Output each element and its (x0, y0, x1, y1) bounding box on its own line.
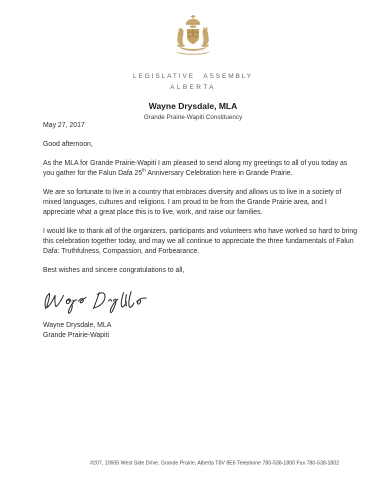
alberta-coat-of-arms-icon (169, 15, 217, 59)
paragraph-greeting: As the MLA for Grande Prairie-Wapiti I a… (43, 159, 358, 179)
footer: #207, 10605 West Side Drive, Grande Prai… (0, 455, 386, 473)
office-address-line: #207, 10605 West Side Drive, Grande Prai… (90, 460, 339, 466)
handwritten-signature-image (41, 285, 358, 319)
letterhead: LEGISLATIVE ASSEMBLY ALBERTA Wayne Drysd… (0, 0, 386, 121)
letter-body: May 27, 2017 Good afternoon, As the MLA … (0, 121, 386, 341)
signer-constituency: Grande Prairie-Wapiti (43, 331, 358, 341)
constituency-name: Grande Prairie-Wapiti Constituency (0, 114, 386, 121)
closing-line: Best wishes and sincere congratulations … (43, 266, 358, 276)
org-name-line1: LEGISLATIVE ASSEMBLY (0, 73, 386, 80)
member-name: Wayne Drysdale, MLA (0, 101, 386, 111)
salutation: Good afternoon, (43, 140, 358, 150)
signer-name: Wayne Drysdale, MLA (43, 321, 358, 331)
org-name-line2: ALBERTA (0, 84, 386, 91)
paragraph-diversity: We are so fortunate to live in a country… (43, 188, 358, 217)
paragraph-greeting-text-end: Anniversary Celebration here in Grande P… (146, 170, 293, 177)
date-line: May 27, 2017 (43, 121, 358, 131)
paragraph-thanks: I would like to thank all of the organiz… (43, 227, 358, 256)
letter-page: LEGISLATIVE ASSEMBLY ALBERTA Wayne Drysd… (0, 0, 386, 500)
